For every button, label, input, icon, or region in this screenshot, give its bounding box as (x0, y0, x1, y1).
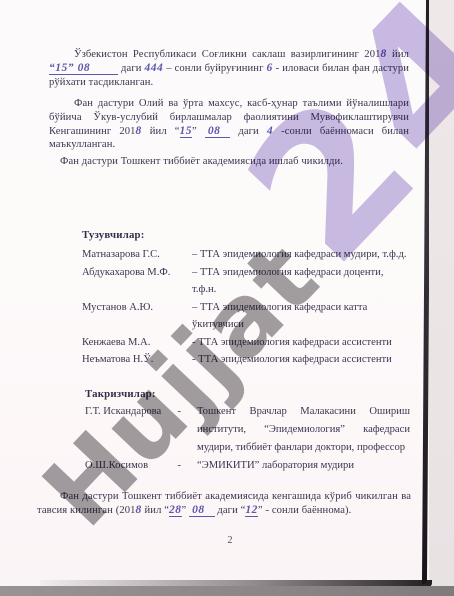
table-row: Абдукахарова М.Ф. – ТТА эпидемиология ка… (82, 264, 407, 299)
author-name: Кенжаева М.А. (82, 334, 192, 352)
reviewer-name-cell: О.Ш.Косимов - (85, 457, 197, 475)
text-run: ” - сонли баённома). (258, 505, 352, 516)
paragraph-developed-at: Фан дастури Тошкент тиббиёт академиясида… (49, 155, 409, 169)
table-row: Кенжаева М.А. - ТТА эпидемиология кафедр… (82, 334, 407, 352)
reviewer-name: Г.Т. Искандарова (85, 406, 161, 417)
text-run: йил “ (142, 505, 169, 516)
scanned-page: Ўзбекистон Республикаси Соғликни саклаш … (0, 0, 429, 586)
text-run: даги (230, 126, 267, 137)
reviewers-section-heading: Такризчилар: (85, 388, 156, 400)
author-role: - ТТА эпидемиология кафедраси ассистенти (192, 334, 407, 352)
table-row: О.Ш.Косимов - “ЭМИКИТИ” лаборатория муди… (85, 457, 410, 475)
text-run: йил (387, 49, 409, 60)
handwritten-order-number: 444 (145, 62, 164, 74)
paragraph-ministry-approval: Ўзбекистон Республикаси Соғликни саклаш … (49, 48, 409, 89)
text-run: даги (118, 63, 144, 74)
dash-separator: - (177, 403, 181, 421)
author-name: Абдукахарова М.Ф. (82, 264, 192, 299)
scanner-background-bottom (0, 586, 454, 596)
handwritten-month: 08 (205, 125, 231, 138)
author-name: Мустанов А.Ю. (82, 299, 192, 334)
table-row: Матназарова Г.С. – ТТА эпидемиология каф… (82, 246, 407, 264)
table-row: Г.Т. Искандарова - Тошкент Врачлар Малак… (85, 403, 410, 457)
text-run: ” (182, 505, 190, 516)
author-role: - ТТА эпидемиология кафедраси ассистенти (192, 351, 407, 369)
handwritten-month: 08 (189, 504, 215, 517)
authors-section-heading: Тузувчилар: (82, 229, 145, 241)
text-run: Ўзбекистон Республикаси Соғликни саклаш … (74, 49, 381, 60)
handwritten-day: 15 (180, 125, 193, 138)
authors-table: Матназарова Г.С. – ТТА эпидемиология каф… (82, 246, 407, 369)
reviewer-role: Тошкент Врачлар Малакасини Ошириш инстит… (197, 403, 410, 457)
author-role: – ТТА эпидемиология кафедраси доценти, т… (192, 264, 407, 299)
table-row: Неъматова Н.Ў. - ТТА эпидемиология кафед… (82, 351, 407, 369)
reviewer-role: “ЭМИКИТИ” лаборатория мудири (197, 457, 410, 475)
handwritten-protocol-number: 12 (245, 504, 258, 517)
paragraph-council-approval: Фан дастури Олий ва ўрта махсус, касб-ҳу… (49, 97, 409, 152)
handwritten-day: 28 (169, 504, 182, 517)
handwritten-date: “15” 08 (49, 62, 118, 75)
author-name: Матназарова Г.С. (82, 246, 192, 264)
paragraph-academy-recommendation: Фан дастури Тошкент тиббиёт академиясида… (37, 490, 411, 518)
author-role: – ТТА эпидемиология кафедраси катта ўкит… (192, 299, 407, 334)
text-run: йил “ (142, 126, 180, 137)
page-number: 2 (0, 535, 454, 546)
reviewer-name: О.Ш.Косимов (85, 460, 148, 471)
table-row: Мустанов А.Ю. – ТТА эпидемиология кафедр… (82, 299, 407, 334)
author-role: – ТТА эпидемиология кафедраси мудири, т.… (192, 246, 407, 264)
text-run: ” (192, 126, 205, 137)
scanner-background-right (429, 0, 454, 586)
dash-separator: - (177, 457, 181, 475)
reviewer-name-cell: Г.Т. Искандарова - (85, 403, 197, 457)
text-run: – сонли буйруғининг (163, 63, 266, 74)
reviewers-table: Г.Т. Искандарова - Тошкент Врачлар Малак… (85, 403, 410, 475)
text-run: даги “ (215, 505, 246, 516)
author-name: Неъматова Н.Ў. (82, 351, 192, 369)
